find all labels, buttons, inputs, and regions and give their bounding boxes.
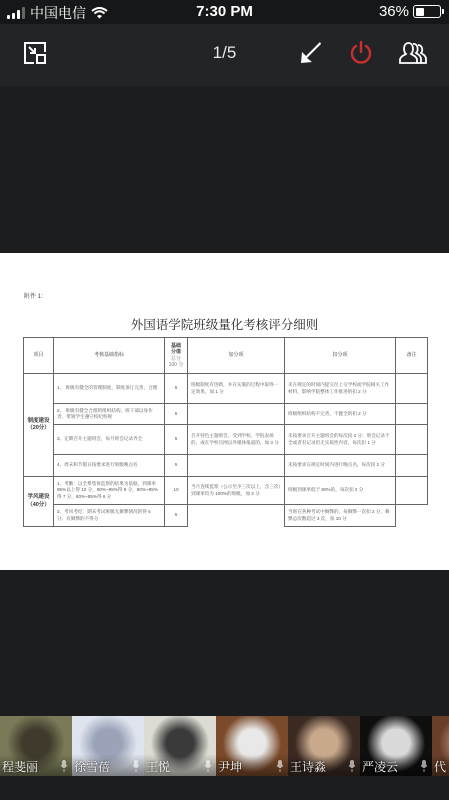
table-row: 学风建设（40分） 1、考勤：以全系集体监察的结果为依据，到课率 95%以上得 … — [24, 477, 428, 505]
participant-name: 程斐丽 — [2, 758, 38, 775]
microphone-icon — [420, 760, 428, 773]
shared-document-viewer[interactable]: 附件 1： 外国语学院班级量化考核评分细则 项目 考核基础指标 基础 分值 总分… — [0, 86, 449, 716]
table-row: 制度建设（20分） 1、 班级有健全的管理制度，制度条订完善、合理 5 班级制度… — [24, 374, 428, 404]
microphone-icon — [348, 760, 356, 773]
arrow-pointer-icon — [299, 41, 323, 65]
bonus-cell — [188, 455, 285, 477]
participant-name: 王悦 — [146, 758, 170, 775]
deduction-cell: 未按要求在规定时间内进行晚点名，每次扣 2 分 — [285, 455, 396, 477]
participant-name: 王诗淼 — [290, 758, 326, 775]
header-bonus: 加分项 — [188, 338, 285, 374]
deduction-cell: 班级到课率低于 80%的，每次扣 2 分 — [285, 477, 396, 505]
score-cell: 10 — [165, 477, 188, 505]
participant-tile[interactable]: 王悦 — [144, 716, 216, 776]
participant-name: 尹坤 — [218, 758, 242, 775]
remarks-cell — [396, 455, 428, 477]
bonus-cell: 召开特色主题班会，受到学校、学院表扬的，或在学校官网以外媒体报道的，加 3 分 — [188, 425, 285, 455]
score-cell: 5 — [165, 404, 188, 425]
participant-name: 严凌云 — [362, 758, 398, 775]
indicator-cell: 1、 班级有健全的管理制度，制度条订完善、合理 — [54, 374, 165, 404]
status-bar: 中国电信 7:30 PM 36% — [0, 0, 449, 24]
category-cell: 学风建设（40分） — [24, 477, 54, 527]
document-title: 外国语学院班级量化考核评分细则 — [0, 315, 449, 333]
table-row: 3、定期召开主题班会，每月班会记录齐全 5 召开特色主题班会，受到学校、学院表扬… — [24, 425, 428, 455]
table-row: 4、周末和节假日按要求进行班级晚点名 5 未按要求在规定时间内进行晚点名，每次扣… — [24, 455, 428, 477]
scoring-table: 项目 考核基础指标 基础 分值 总分 100 分 加分项 扣分项 备注 制度建设… — [23, 337, 428, 527]
remarks-cell — [396, 505, 428, 527]
remarks-cell — [396, 425, 428, 455]
deduction-cell: 当班在各种考试中舞弊的，每舞弊一次扣 2 分，舞弊总次数超过 3 次，扣 10 … — [285, 505, 396, 527]
battery-icon — [413, 5, 441, 18]
deduction-cell: 未在规定的时间内提交位上交学校或学院相关工作材料，影响学院整体工作推进的扣 2 … — [285, 374, 396, 404]
table-row: 2、考风考纪：期末考试班级无舞弊情况的得 5 分；有舞弊的不得分 5 当班在各种… — [24, 505, 428, 527]
remarks-cell — [396, 374, 428, 404]
score-cell: 5 — [165, 374, 188, 404]
microphone-icon — [276, 760, 284, 773]
pointer-button[interactable] — [296, 38, 326, 68]
indicator-cell: 1、考勤：以全系集体监察的结果为依据，到课率 95%以上得 10 分，90%~9… — [54, 477, 165, 505]
bonus-cell — [188, 404, 285, 425]
microphone-icon — [60, 760, 68, 773]
score-cell: 5 — [165, 425, 188, 455]
participant-name: 徐雪蓓 — [74, 758, 110, 775]
score-cell: 5 — [165, 505, 188, 527]
bonus-cell: 班级制度有创新，并在实施的过程中取得一定效果，加 1 分 — [188, 374, 285, 404]
bonus-cell: 当月连续监察（公示至少三次以上，含三次）到课率均为 100%的班级，加 2 分 — [188, 477, 285, 505]
header-remarks: 备注 — [396, 338, 428, 374]
score-cell: 5 — [165, 455, 188, 477]
attachment-label: 附件 1： — [24, 291, 47, 300]
remarks-cell — [396, 477, 428, 505]
category-cell: 制度建设（20分） — [24, 374, 54, 477]
participants-button[interactable] — [398, 38, 428, 68]
microphone-icon — [204, 760, 212, 773]
deduction-cell: 未按要求召开主题班会的每次扣 2 分；班会记录不全或者有记录但无实质性内容，每次… — [285, 425, 396, 455]
status-right: 36% — [379, 3, 441, 20]
participant-tile[interactable]: 程斐丽 — [0, 716, 72, 776]
participant-video-strip[interactable]: 程斐丽徐雪蓓王悦尹坤王诗淼严凌云代 — [0, 716, 449, 776]
participant-name: 代 — [434, 758, 446, 775]
document-page: 附件 1： 外国语学院班级量化考核评分细则 项目 考核基础指标 基础 分值 总分… — [0, 253, 449, 570]
header-deduction: 扣分项 — [285, 338, 396, 374]
participants-icon — [398, 40, 428, 66]
participant-tile[interactable]: 徐雪蓓 — [72, 716, 144, 776]
page-counter: 1/5 — [0, 43, 449, 63]
microphone-icon — [132, 760, 140, 773]
header-item: 项目 — [24, 338, 54, 374]
table-row: 2、 班级有健全合理的组织结构，班干部以身作责，带领学生遵守校纪校规 5 班级组… — [24, 404, 428, 425]
power-icon — [348, 40, 374, 66]
indicator-cell: 2、 班级有健全合理的组织结构，班干部以身作责，带领学生遵守校纪校规 — [54, 404, 165, 425]
meeting-toolbar: 1/5 — [0, 24, 449, 86]
participant-tile[interactable]: 代 — [432, 716, 449, 776]
indicator-cell: 3、定期召开主题班会，每月班会记录齐全 — [54, 425, 165, 455]
header-indicator: 考核基础指标 — [54, 338, 165, 374]
remarks-cell — [396, 404, 428, 425]
battery-percent: 36% — [379, 3, 409, 20]
end-meeting-button[interactable] — [346, 38, 376, 68]
participant-tile[interactable]: 尹坤 — [216, 716, 288, 776]
header-base-score: 基础 分值 总分 100 分 — [165, 338, 188, 374]
bonus-cell — [188, 505, 285, 527]
participant-tile[interactable]: 王诗淼 — [288, 716, 360, 776]
bottom-bar — [0, 776, 449, 800]
table-header-row: 项目 考核基础指标 基础 分值 总分 100 分 加分项 扣分项 备注 — [24, 338, 428, 374]
deduction-cell: 班级组织结构不完善，不健全的扣 2 分 — [285, 404, 396, 425]
participant-tile[interactable]: 严凌云 — [360, 716, 432, 776]
indicator-cell: 2、考风考纪：期末考试班级无舞弊情况的得 5 分；有舞弊的不得分 — [54, 505, 165, 527]
indicator-cell: 4、周末和节假日按要求进行班级晚点名 — [54, 455, 165, 477]
